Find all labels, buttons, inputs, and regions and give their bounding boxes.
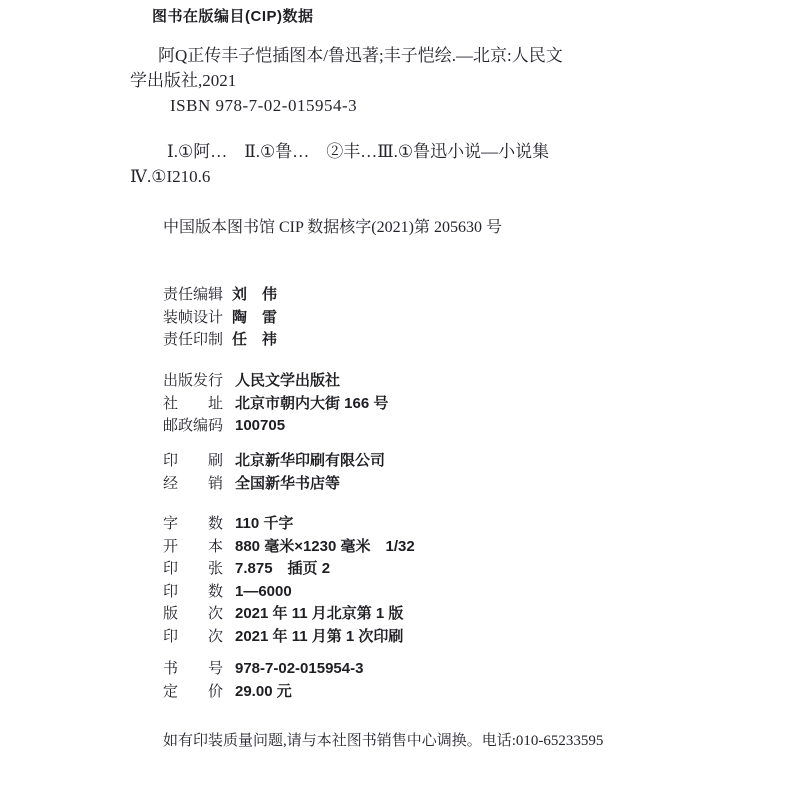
publisher-group: 出版发行人民文学出版社 社 址北京市朝内大街 166 号 邮政编码100705 [163,370,415,438]
row-print-run: 印 数1—6000 [163,581,415,604]
staff-label: 责任编辑 [163,284,223,307]
row-label: 经 销 [163,473,223,496]
printing-group: 印 刷北京新华印刷有限公司 经 销全国新华书店等 [163,450,415,495]
classification-line-2: Ⅳ.①I210.6 [130,164,640,189]
row-value: 29.00 元 [235,683,292,700]
quality-note: 如有印装质量问题,请与本社图书销售中心调换。电话:010-65233595 [163,729,603,750]
row-publisher: 出版发行人民文学出版社 [163,370,415,393]
staff-row-print-supervisor: 责任印制任 祎 [163,329,277,352]
row-address: 社 址北京市朝内大街 166 号 [163,393,415,416]
staff-label: 责任印制 [163,329,223,352]
row-label: 印 数 [163,581,223,604]
cip-record-line-2: 学出版社,2021 [130,68,640,93]
row-distributor: 经 销全国新华书店等 [163,473,415,496]
row-book-number: 书 号978-7-02-015954-3 [163,658,415,681]
row-value: 北京新华印刷有限公司 [235,452,385,469]
row-value: 2021 年 11 月北京第 1 版 [235,605,403,622]
classification-line-1: Ⅰ.①阿… Ⅱ.①鲁… ②丰…Ⅲ.①鲁迅小说—小说集 [130,139,640,164]
staff-credits: 责任编辑刘 伟 装帧设计陶 雷 责任印制任 祎 [163,284,277,352]
row-label: 出版发行 [163,370,223,393]
row-label: 字 数 [163,513,223,536]
row-value: 人民文学出版社 [235,372,340,389]
row-edition: 版 次2021 年 11 月北京第 1 版 [163,603,415,626]
row-label: 印 刷 [163,450,223,473]
isbn-line: ISBN 978-7-02-015954-3 [130,93,640,118]
staff-row-editor: 责任编辑刘 伟 [163,284,277,307]
cip-record-line-1: 阿Q正传丰子恺插图本/鲁迅著;丰子恺绘.—北京:人民文 [130,43,640,68]
staff-label: 装帧设计 [163,307,223,330]
row-impression: 印 次2021 年 11 月第 1 次印刷 [163,626,415,649]
row-format: 开 本880 毫米×1230 毫米 1/32 [163,536,415,559]
row-label: 开 本 [163,536,223,559]
cip-classification: Ⅰ.①阿… Ⅱ.①鲁… ②丰…Ⅲ.①鲁迅小说—小说集 Ⅳ.①I210.6 [130,139,640,189]
row-value: 7.875 插页 2 [235,560,330,577]
row-price: 定 价29.00 元 [163,681,415,704]
row-postcode: 邮政编码100705 [163,415,415,438]
row-sheets: 印 张7.875 插页 2 [163,558,415,581]
cip-header: 图书在版编目(CIP)数据 [152,5,314,26]
copyright-page: { "page": { "background": "#ffffff", "te… [0,0,800,800]
staff-name: 任 祎 [232,331,277,348]
row-value: 100705 [235,417,285,434]
row-value: 北京市朝内大街 166 号 [235,395,388,412]
row-printer: 印 刷北京新华印刷有限公司 [163,450,415,473]
row-label: 书 号 [163,658,223,681]
price-group: 书 号978-7-02-015954-3 定 价29.00 元 [163,658,415,703]
cip-verification-line: 中国版本图书馆 CIP 数据核字(2021)第 205630 号 [163,214,502,237]
row-label: 社 址 [163,393,223,416]
row-value: 978-7-02-015954-3 [235,660,363,677]
staff-row-designer: 装帧设计陶 雷 [163,307,277,330]
row-value: 全国新华书店等 [235,475,340,492]
staff-name: 陶 雷 [232,309,277,326]
row-label: 印 次 [163,626,223,649]
row-label: 定 价 [163,681,223,704]
specs-group: 字 数110 千字 开 本880 毫米×1230 毫米 1/32 印 张7.87… [163,513,415,648]
row-label: 版 次 [163,603,223,626]
row-value: 880 毫米×1230 毫米 1/32 [235,538,415,555]
row-label: 邮政编码 [163,415,223,438]
row-label: 印 张 [163,558,223,581]
staff-name: 刘 伟 [232,286,277,303]
cip-record: 阿Q正传丰子恺插图本/鲁迅著;丰子恺绘.—北京:人民文 学出版社,2021 IS… [130,43,640,118]
colophon: 出版发行人民文学出版社 社 址北京市朝内大街 166 号 邮政编码100705 … [163,370,415,703]
row-word-count: 字 数110 千字 [163,513,415,536]
row-value: 2021 年 11 月第 1 次印刷 [235,628,403,645]
row-value: 1—6000 [235,583,292,600]
row-value: 110 千字 [235,515,293,532]
